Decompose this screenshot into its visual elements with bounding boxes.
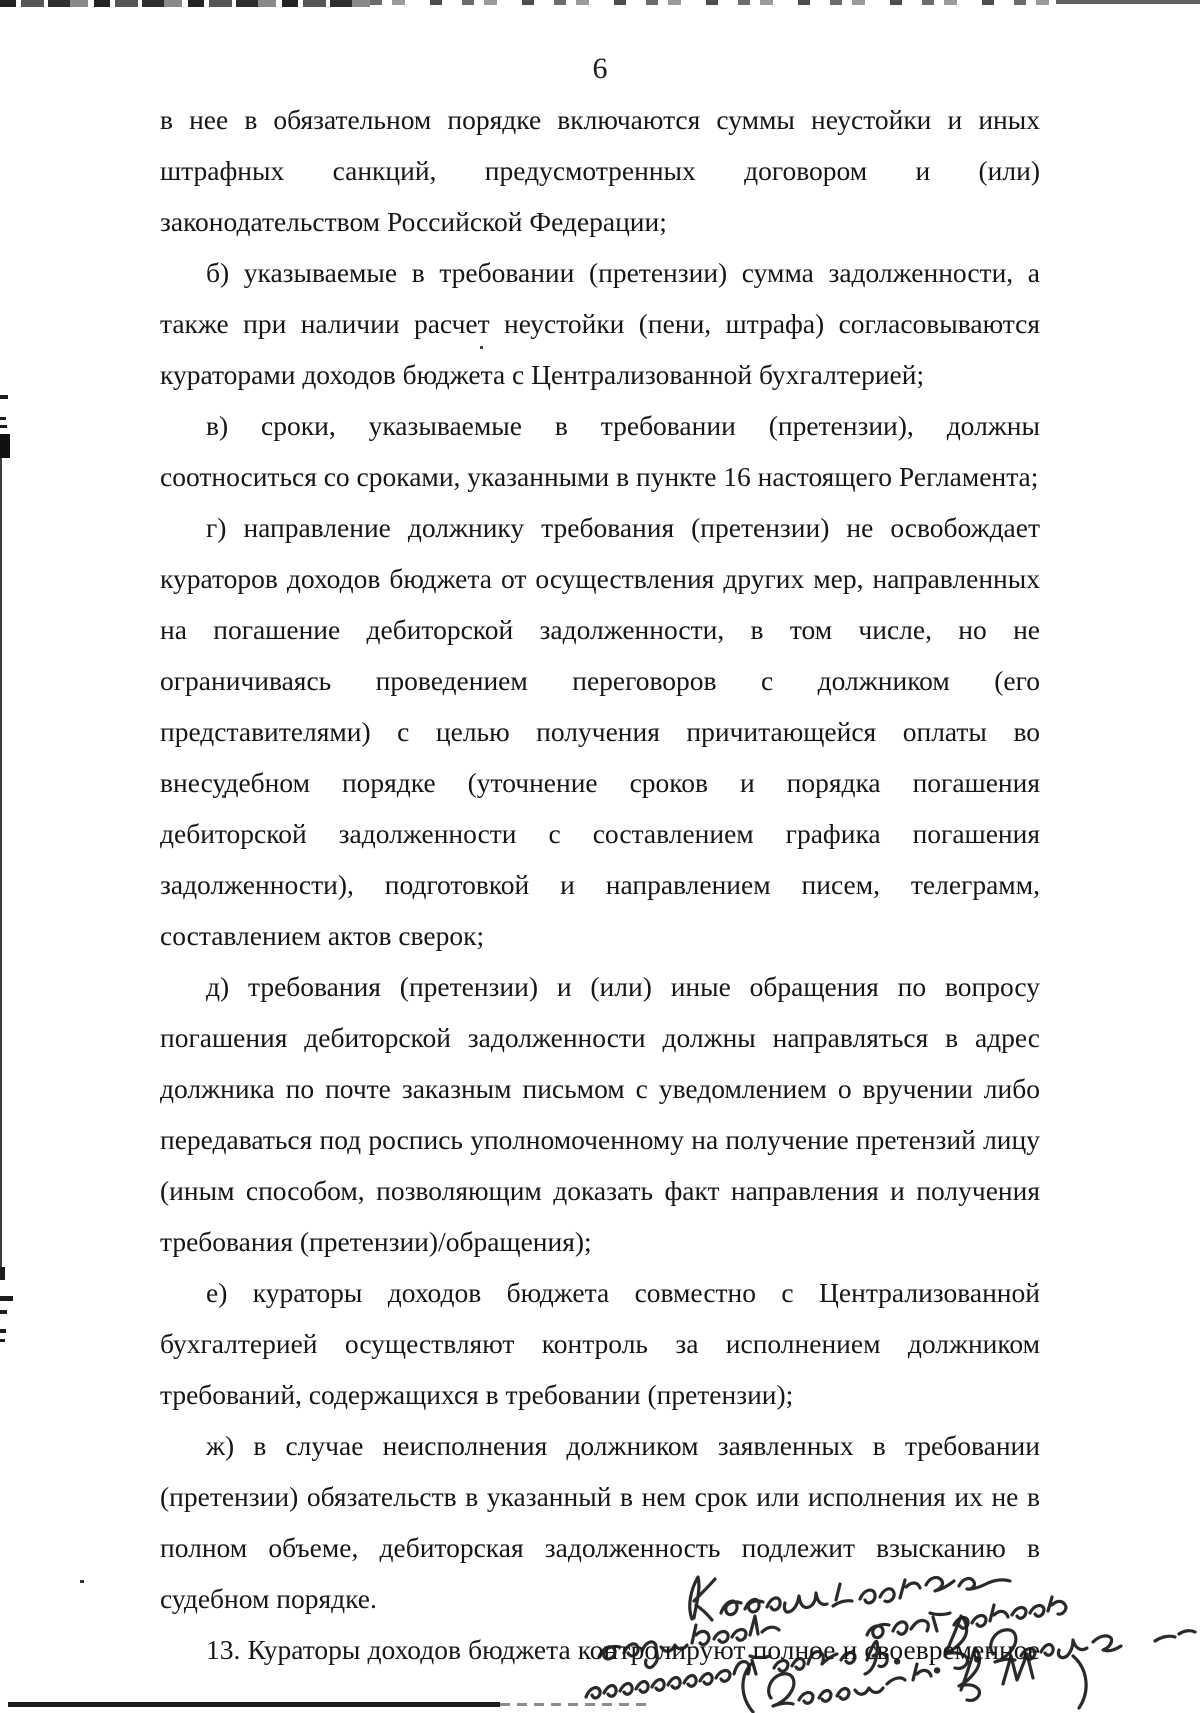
scan-artifact-left-edge-line	[0, 455, 2, 1270]
handwriting-line-3	[586, 1652, 855, 1698]
page-number: 6	[0, 52, 1200, 86]
scan-artifact-top-right	[1056, 0, 1200, 4]
handwriting-line-1	[690, 1577, 1010, 1620]
paragraph: е) кураторы доходов бюджета совместно с …	[160, 1267, 1040, 1420]
scan-speck	[0, 1296, 13, 1301]
scan-speck	[0, 1329, 6, 1333]
paragraph: г) направление должнику требования (прет…	[160, 502, 1040, 961]
paragraph: в) сроки, указываемые в требовании (прет…	[160, 400, 1040, 502]
handwriting-line-3b	[865, 1642, 899, 1674]
paragraph: д) требования (претензии) и (или) иные о…	[160, 961, 1040, 1267]
scan-artifact-top-left	[0, 0, 370, 7]
paragraph: в нее в обязательном порядке включаются …	[160, 94, 1040, 247]
scanned-document-page: 6 в нее в обязательном порядке включаютс…	[0, 0, 1200, 1713]
scan-speck	[0, 1310, 7, 1314]
scan-speck	[0, 434, 10, 458]
scan-speck	[0, 1267, 5, 1280]
scan-speck	[0, 395, 8, 399]
scan-speck	[80, 1580, 84, 1583]
scan-artifact-bottom-line	[8, 1702, 500, 1707]
scan-speck	[0, 425, 7, 428]
scan-speck	[0, 1339, 5, 1342]
scan-speck	[0, 417, 6, 420]
scan-artifact-top-middle	[370, 0, 1056, 5]
handwritten-note: Копия верна ведущий советник министерств…	[555, 1556, 1200, 1713]
paragraph: б) указываемые в требовании (претензии) …	[160, 247, 1040, 400]
document-body: в нее в обязательном порядке включаются …	[160, 94, 1040, 1675]
